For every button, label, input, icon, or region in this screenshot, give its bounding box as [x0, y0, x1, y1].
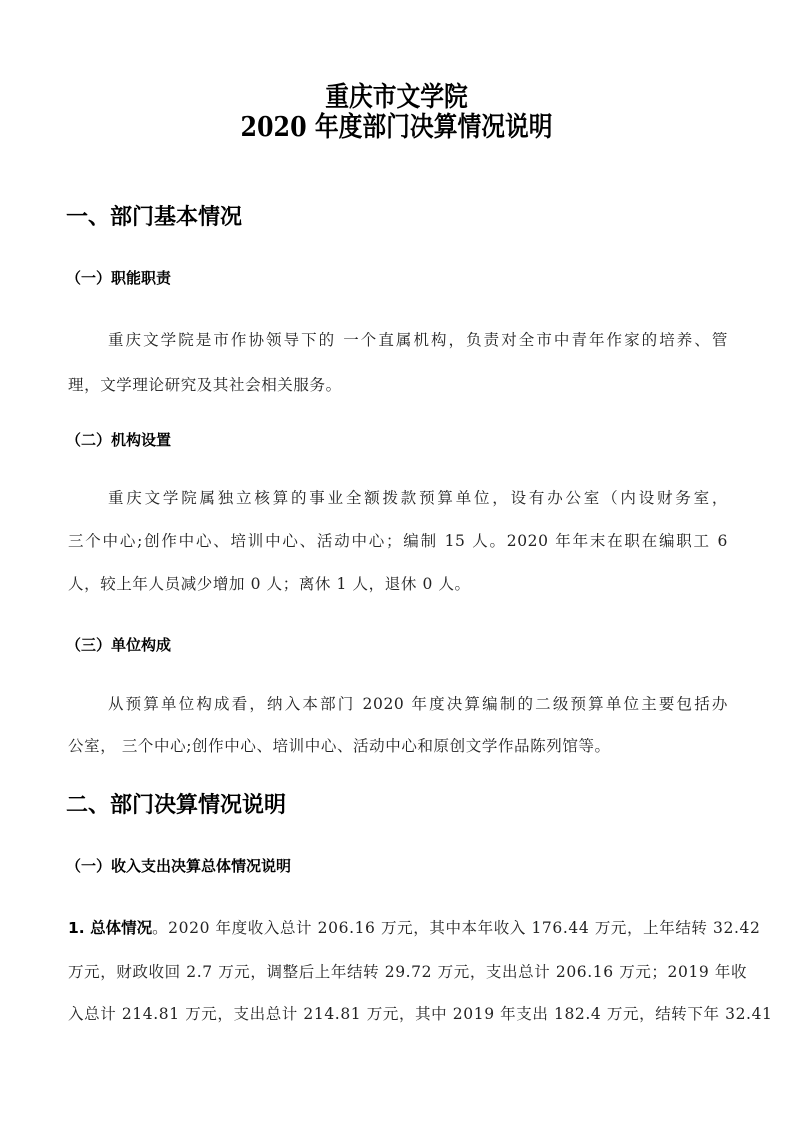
paragraph-line: 公室， 三个中心;创作中心、培训中心、活动中心和原创文学作品陈列馆等。 [68, 735, 611, 757]
paragraph-line: 人，较上年人员减少增加 0 人；离休 1 人，退休 0 人。 [68, 573, 471, 595]
subheading-functions: （一）职能职责 [66, 268, 171, 288]
paragraph-line: 从预算单位构成看，纳入本部门 2020 年度决算编制的二级预算单位主要包括办 [108, 693, 728, 715]
paragraph-line: 三个中心;创作中心、培训中心、活动中心；编制 15 人。2020 年年末在职在编… [68, 530, 728, 552]
lead-label-overall: 1. 总体情况 [68, 917, 152, 939]
section-heading-basic-info: 一、部门基本情况 [66, 204, 242, 232]
document-title-line1: 重庆市文学院 [48, 82, 746, 114]
document-title-line2: 2020 年度部门决算情况说明 [48, 112, 746, 144]
paragraph-line: 重庆文学院属独立核算的事业全额拨款预算单位，设有办公室（内设财务室， [108, 487, 728, 509]
paragraph-line: 重庆文学院是市作协领导下的 一个直属机构，负责对全市中青年作家的培养、管 [108, 329, 728, 351]
paragraph-line: 1. 总体情况。2020 年度收入总计 206.16 万元，其中本年收入 176… [68, 917, 728, 939]
subheading-income-expenditure: （一）收入支出决算总体情况说明 [66, 856, 291, 876]
paragraph-line: 入总计 214.81 万元，支出总计 214.81 万元，其中 2019 年支出… [68, 1003, 728, 1025]
paragraph-line: 万元，财政收回 2.7 万元，调整后上年结转 29.72 万元，支出总计 206… [68, 961, 728, 983]
paragraph-text: 。2020 年度收入总计 206.16 万元，其中本年收入 176.44 万元，… [152, 917, 760, 939]
document-page: 重庆市文学院 2020 年度部门决算情况说明 一、部门基本情况 （一）职能职责 … [0, 0, 793, 1122]
subheading-unit-composition: （三）单位构成 [66, 635, 171, 655]
paragraph-line: 理，文学理论研究及其社会相关服务。 [68, 374, 342, 396]
section-heading-final-accounts: 二、部门决算情况说明 [66, 792, 286, 820]
subheading-organization: （二）机构设置 [66, 430, 171, 450]
